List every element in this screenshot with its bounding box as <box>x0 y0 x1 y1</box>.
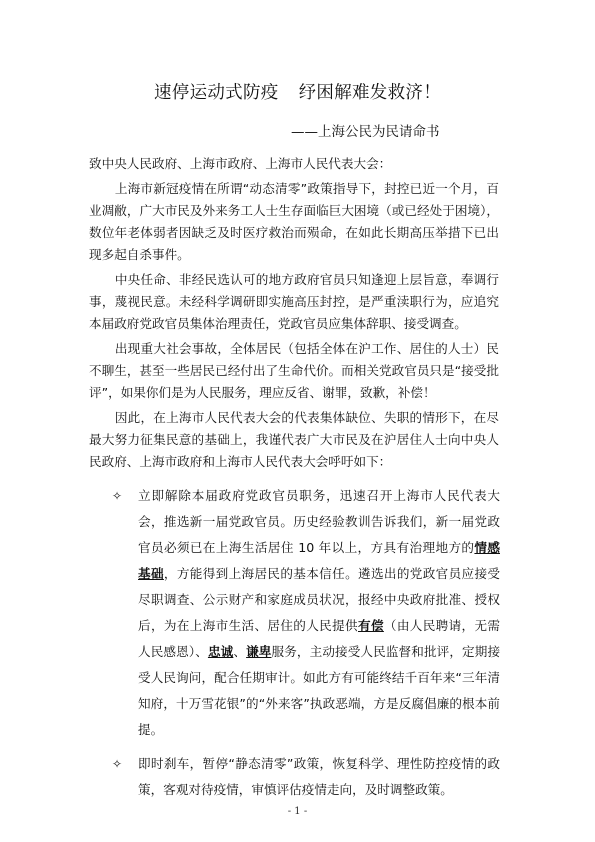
item-text: 立即解除本届政府党政官员职务，迅速召开上海市人民代表大会，推选新一届党政官员。历… <box>138 488 500 555</box>
title-part-1: 速停运动式防疫 <box>154 83 279 103</box>
demands-list: ✧ 立即解除本届政府党政官员职务，迅速召开上海市人民代表大会，推选新一届党政官员… <box>110 483 500 811</box>
diamond-bullet-icon: ✧ <box>110 751 124 777</box>
salutation: 致中央人民政府、上海市政府、上海市人民代表大会： <box>89 153 499 175</box>
title-part-2: 纾困解难发救济！ <box>299 83 441 103</box>
document-subtitle: ——上海公民为民请命书 <box>291 120 440 140</box>
paragraph-4: 因此，在上海市人民代表大会的代表集体缺位、失职的情形下，在尽最大努力征集民意的基… <box>89 407 499 473</box>
paragraph-text: 中央任命、非经民选认可的地方政府官员只知逢迎上层旨意，奉调行事，蔑视民意。未经科… <box>89 269 499 335</box>
list-item: ✧ 即时刹车，暂停“静态清零”政策，恢复科学、理性防控疫情的政策，客观对待疫情，… <box>110 751 500 803</box>
emphasis-text: 忠诚 <box>208 644 233 659</box>
paragraph-1: 上海市新冠疫情在所谓“动态清零”政策指导下，封控已近一个月，百业凋敝，广大市民及… <box>89 178 499 266</box>
document-page: 速停运动式防疫纾困解难发救济！ ——上海公民为民请命书 致中央人民政府、上海市政… <box>0 0 595 842</box>
item-text: 即时刹车，暂停“静态清零”政策，恢复科学、理性防控疫情的政策，客观对待疫情，审慎… <box>138 756 500 797</box>
paragraph-3: 出现重大社会事故，全体居民（包括全体在沪工作、居住的人士）民不聊生，甚至一些居民… <box>89 338 499 404</box>
document-title: 速停运动式防疫纾困解难发救济！ <box>0 79 595 104</box>
emphasis-text: 有偿 <box>358 618 384 633</box>
paragraph-text: 上海市新冠疫情在所谓“动态清零”政策指导下，封控已近一个月，百业凋敝，广大市民及… <box>89 178 499 266</box>
list-item: ✧ 立即解除本届政府党政官员职务，迅速召开上海市人民代表大会，推选新一届党政官员… <box>110 483 500 743</box>
diamond-bullet-icon: ✧ <box>110 483 124 509</box>
paragraph-2: 中央任命、非经民选认可的地方政府官员只知逢迎上层旨意，奉调行事，蔑视民意。未经科… <box>89 269 499 335</box>
emphasis-text: 谦卑 <box>246 644 271 659</box>
paragraph-text: 出现重大社会事故，全体居民（包括全体在沪工作、居住的人士）民不聊生，甚至一些居民… <box>89 338 499 404</box>
page-number: - 1 - <box>0 806 595 817</box>
paragraph-text: 因此，在上海市人民代表大会的代表集体缺位、失职的情形下，在尽最大努力征集民意的基… <box>89 407 499 473</box>
item-text: 、 <box>233 644 246 659</box>
